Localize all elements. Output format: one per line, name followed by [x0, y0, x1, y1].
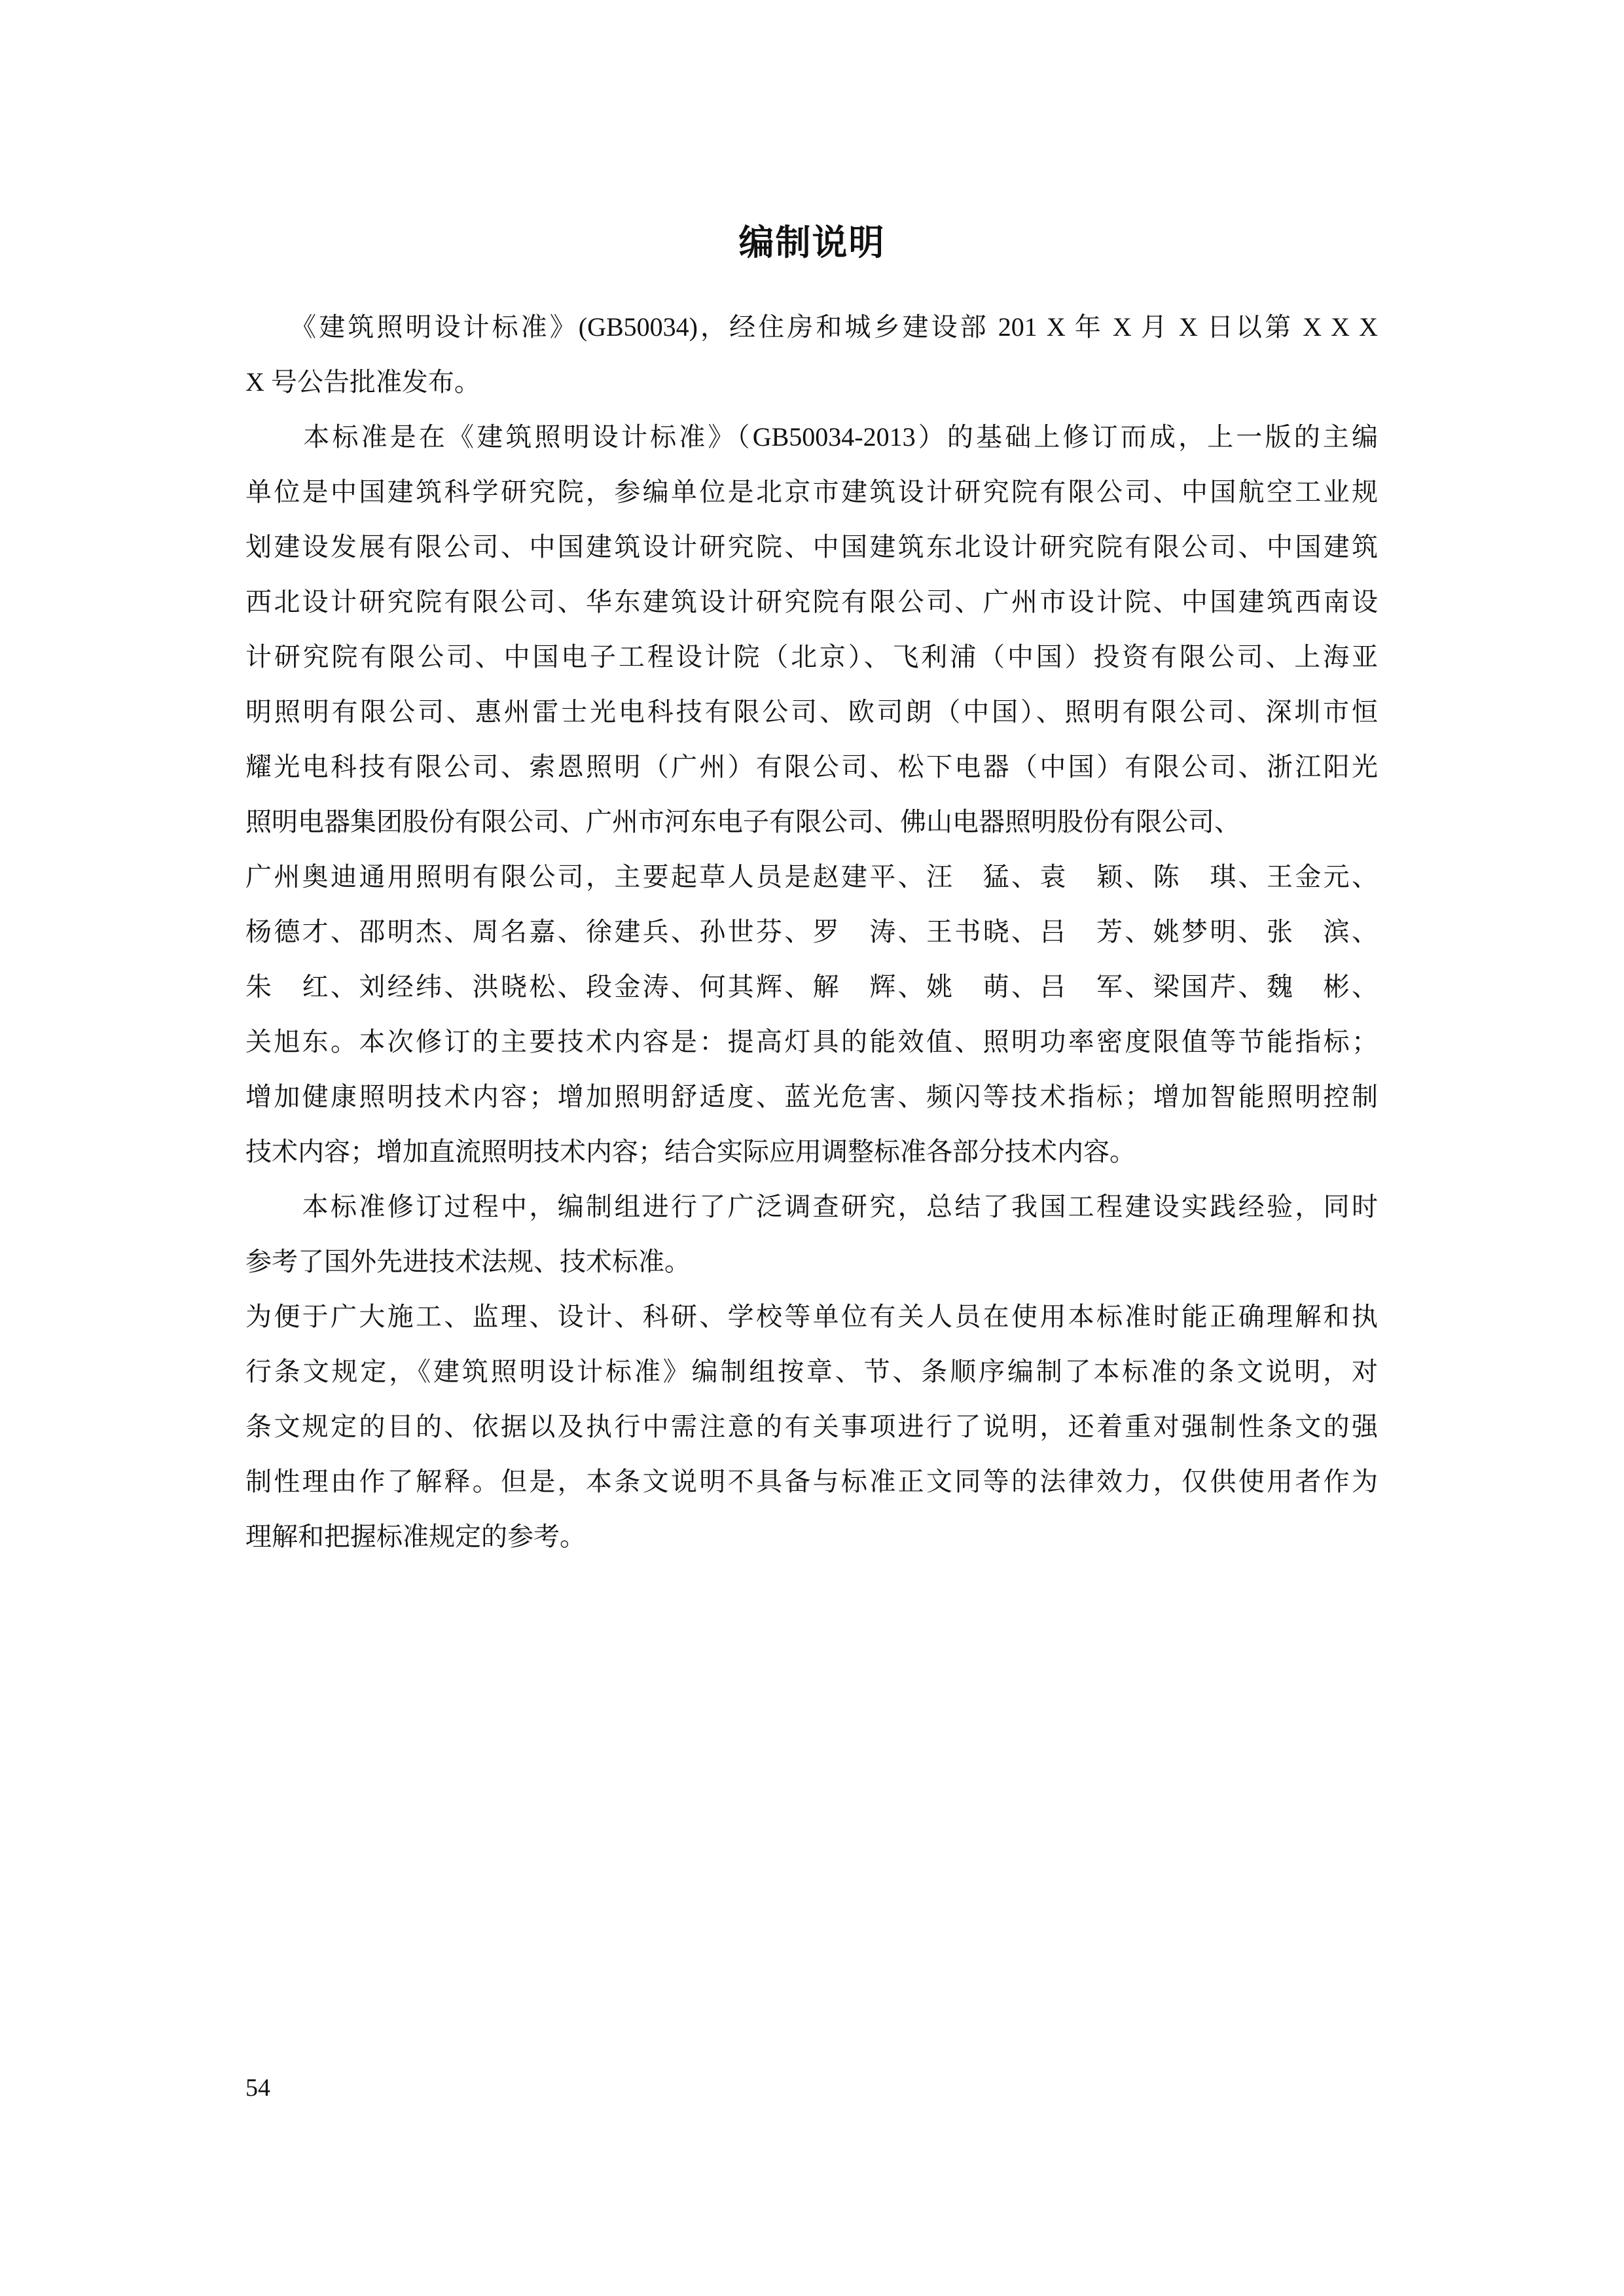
text-line: 单位是中国建筑科学研究院，参编单位是北京市建筑设计研究院有限公司、中国航空工业规 — [245, 465, 1378, 520]
text-line: 照明电器集团股份有限公司、广州市河东电子有限公司、佛山电器照明股份有限公司、 — [245, 795, 1378, 850]
text-line: 划建设发展有限公司、中国建筑设计研究院、中国建筑东北设计研究院有限公司、中国建筑 — [245, 520, 1378, 575]
text-line: 《建筑照明设计标准》(GB50034)，经住房和城乡建设部 201 X 年 X … — [245, 300, 1378, 355]
text-line: 增加健康照明技术内容；增加照明舒适度、蓝光危害、频闪等技术指标；增加智能照明控制 — [245, 1069, 1378, 1124]
text-line: 行条文规定，《建筑照明设计标准》编制组按章、节、条顺序编制了本标准的条文说明，对 — [245, 1344, 1378, 1399]
text-line: 朱 红、刘经纬、洪晓松、段金涛、何其辉、解 辉、姚 萌、吕 军、梁国芹、魏 彬、 — [245, 960, 1378, 1014]
text-line: 为便于广大施工、监理、设计、科研、学校等单位有关人员在使用本标准时能正确理解和执 — [245, 1289, 1378, 1344]
text-line: 明照明有限公司、惠州雷士光电科技有限公司、欧司朗（中国）、照明有限公司、深圳市恒 — [245, 685, 1378, 740]
page-number: 54 — [245, 2073, 270, 2102]
text-line: 杨德才、邵明杰、周名嘉、徐建兵、孙世芬、罗 涛、王书晓、吕 芳、姚梦明、张 滨、 — [245, 905, 1378, 960]
text-line: 关旭东。本次修订的主要技术内容是：提高灯具的能效值、照明功率密度限值等节能指标； — [245, 1014, 1378, 1069]
text-line: 耀光电科技有限公司、索恩照明（广州）有限公司、松下电器（中国）有限公司、浙江阳光 — [245, 740, 1378, 795]
page-title: 编制说明 — [0, 215, 1624, 265]
text-line: 制性理由作了解释。但是，本条文说明不具备与标准正文同等的法律效力，仅供使用者作为 — [245, 1454, 1378, 1509]
text-line: 技术内容；增加直流照明技术内容；结合实际应用调整标准各部分技术内容。 — [245, 1124, 1378, 1179]
document-body: 《建筑照明设计标准》(GB50034)，经住房和城乡建设部 201 X 年 X … — [245, 300, 1378, 1564]
text-line: 计研究院有限公司、中国电子工程设计院（北京）、飞利浦（中国）投资有限公司、上海亚 — [245, 630, 1378, 685]
text-line: 参考了国外先进技术法规、技术标准。 — [245, 1234, 1378, 1289]
text-line: X 号公告批准发布。 — [245, 355, 1378, 410]
text-line: 本标准修订过程中，编制组进行了广泛调查研究，总结了我国工程建设实践经验，同时 — [245, 1179, 1378, 1234]
text-line: 西北设计研究院有限公司、华东建筑设计研究院有限公司、广州市设计院、中国建筑西南设 — [245, 575, 1378, 630]
text-line: 理解和把握标准规定的参考。 — [245, 1509, 1378, 1564]
text-line: 广州奥迪通用照明有限公司，主要起草人员是赵建平、汪 猛、袁 颖、陈 琪、王金元、 — [245, 850, 1378, 905]
text-line: 条文规定的目的、依据以及执行中需注意的有关事项进行了说明，还着重对强制性条文的强 — [245, 1399, 1378, 1454]
text-line: 本标准是在《建筑照明设计标准》（GB50034-2013）的基础上修订而成，上一… — [245, 410, 1378, 465]
